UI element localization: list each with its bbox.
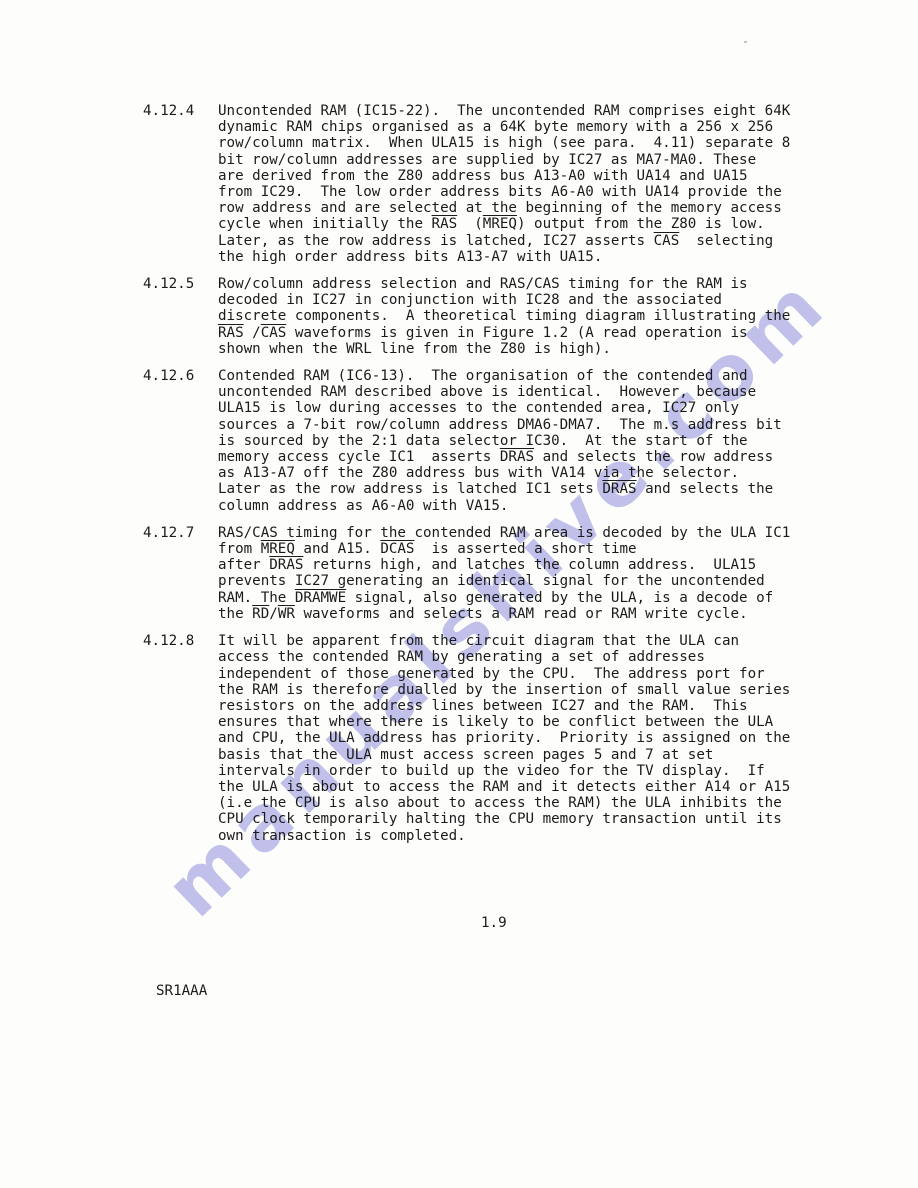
text-line: Row/column address selection and RAS/CAS…: [218, 276, 843, 292]
text-line: basis that the ULA must access screen pa…: [218, 747, 843, 763]
text-line: prevents IC27 generating an identical si…: [218, 573, 843, 589]
section-body: Contended RAM (IC6-13). The organisation…: [218, 368, 843, 514]
text-line: are derived from the Z80 address bus A13…: [218, 168, 843, 184]
text-line: row/column matrix. When ULA15 is high (s…: [218, 135, 843, 151]
document-page: manualshive.com 4.12.4Uncontended RAM (I…: [0, 0, 918, 1188]
text-line: intervals in order to build up the video…: [218, 763, 843, 779]
text-line: and CPU, the ULA address has priority. P…: [218, 730, 843, 746]
text-line: as A13-A7 off the Z80 address bus with V…: [218, 465, 843, 481]
text-line: independent of those generated by the CP…: [218, 666, 843, 682]
text-line: is sourced by the 2:1 data selector IC30…: [218, 433, 843, 449]
section-number: 4.12.6: [143, 368, 218, 384]
overlined-signal-name: RAS: [218, 325, 244, 341]
scan-artifact-dot: [744, 41, 747, 43]
text-line: sources a 7-bit row/column address DMA6-…: [218, 417, 843, 433]
text-line: from MREQ and A15. DCAS is asserted a sh…: [218, 541, 843, 557]
text-line: after DRAS returns high, and latches the…: [218, 557, 843, 573]
text-line: CPU clock temporarily halting the CPU me…: [218, 811, 843, 827]
text-line: row address and are selected at the begi…: [218, 200, 843, 216]
text-line: RAM. The DRAMWE signal, also generated b…: [218, 590, 843, 606]
text-line: It will be apparent from the circuit dia…: [218, 633, 843, 649]
section-body: Row/column address selection and RAS/CAS…: [218, 276, 843, 357]
overlined-signal-name: RAS: [432, 216, 458, 232]
overlined-signal-name: DRAS: [602, 481, 636, 497]
text-line: discrete components. A theoretical timin…: [218, 308, 843, 324]
doc-reference-code: SR1AAA: [156, 983, 207, 999]
overlined-signal-name: DCAS: [380, 541, 414, 557]
overlined-signal-name: WR: [278, 606, 295, 622]
text-line: own transaction is completed.: [218, 828, 843, 844]
section-paragraph: 4.12.7RAS/CAS timing for the contended R…: [143, 525, 843, 622]
text-line: bit row/column addresses are supplied by…: [218, 152, 843, 168]
text-line: Later as the row address is latched IC1 …: [218, 481, 843, 497]
text-line: Contended RAM (IC6-13). The organisation…: [218, 368, 843, 384]
text-line: column address as A6-A0 with VA15.: [218, 498, 843, 514]
section-paragraph: 4.12.8It will be apparent from the circu…: [143, 633, 843, 844]
text-line: the RAM is therefore dualled by the inse…: [218, 682, 843, 698]
section-body: RAS/CAS timing for the contended RAM are…: [218, 525, 843, 622]
section-number: 4.12.8: [143, 633, 218, 649]
overlined-signal-name: RD: [252, 606, 269, 622]
overlined-signal-name: CAS: [654, 233, 680, 249]
page-number: 1.9: [481, 915, 507, 931]
section-paragraph: 4.12.4Uncontended RAM (IC15-22). The unc…: [143, 103, 843, 265]
text-line: the RD/WR waveforms and selects a RAM re…: [218, 606, 843, 622]
text-line: dynamic RAM chips organised as a 64K byt…: [218, 119, 843, 135]
text-line: shown when the WRL line from the Z80 is …: [218, 341, 843, 357]
overlined-signal-name: DRAS: [500, 449, 534, 465]
text-line: access the contended RAM by generating a…: [218, 649, 843, 665]
page-content: 4.12.4Uncontended RAM (IC15-22). The unc…: [143, 103, 843, 855]
text-line: ensures that where there is likely to be…: [218, 714, 843, 730]
section-paragraph: 4.12.5Row/column address selection and R…: [143, 276, 843, 357]
text-line: uncontended RAM described above is ident…: [218, 384, 843, 400]
overlined-signal-name: MREQ: [483, 216, 517, 232]
text-line: decoded in IC27 in conjunction with IC28…: [218, 292, 843, 308]
text-line: Uncontended RAM (IC15-22). The uncontend…: [218, 103, 843, 119]
overlined-signal-name: MREQ: [261, 541, 295, 557]
text-line: memory access cycle IC1 asserts DRAS and…: [218, 449, 843, 465]
overlined-signal-name: DRAS: [269, 557, 303, 573]
section-body: It will be apparent from the circuit dia…: [218, 633, 843, 844]
text-line: (i.e the CPU is also about to access the…: [218, 795, 843, 811]
overlined-signal-name: DRAMWE: [295, 590, 346, 606]
text-line: the high order address bits A13-A7 with …: [218, 249, 843, 265]
text-line: the ULA is about to access the RAM and i…: [218, 779, 843, 795]
section-number: 4.12.4: [143, 103, 218, 119]
text-line: ULA15 is low during accesses to the cont…: [218, 400, 843, 416]
text-line: RAS /CAS waveforms is given in Figure 1.…: [218, 325, 843, 341]
overlined-signal-name: CAS: [261, 325, 287, 341]
text-line: Later, as the row address is latched, IC…: [218, 233, 843, 249]
text-line: from IC29. The low order address bits A6…: [218, 184, 843, 200]
section-paragraph: 4.12.6Contended RAM (IC6-13). The organi…: [143, 368, 843, 514]
text-line: cycle when initially the RAS (MREQ) outp…: [218, 216, 843, 232]
text-line: resistors on the address lines between I…: [218, 698, 843, 714]
section-number: 4.12.7: [143, 525, 218, 541]
section-number: 4.12.5: [143, 276, 218, 292]
section-body: Uncontended RAM (IC15-22). The uncontend…: [218, 103, 843, 265]
text-line: RAS/CAS timing for the contended RAM are…: [218, 525, 843, 541]
